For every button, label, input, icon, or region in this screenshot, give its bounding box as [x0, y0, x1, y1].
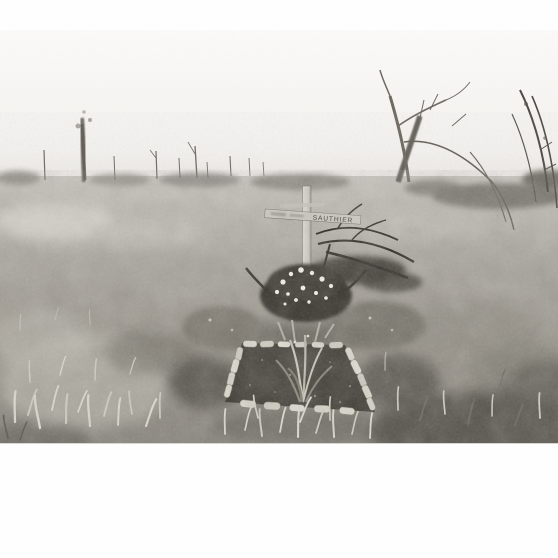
photograph: SAUTHIER [0, 30, 558, 444]
photograph-page: SAUTHIER [0, 0, 558, 558]
film-grain-field [0, 170, 558, 443]
photo-scene: SAUTHIER [0, 30, 558, 443]
film-grain-sky [0, 30, 558, 170]
